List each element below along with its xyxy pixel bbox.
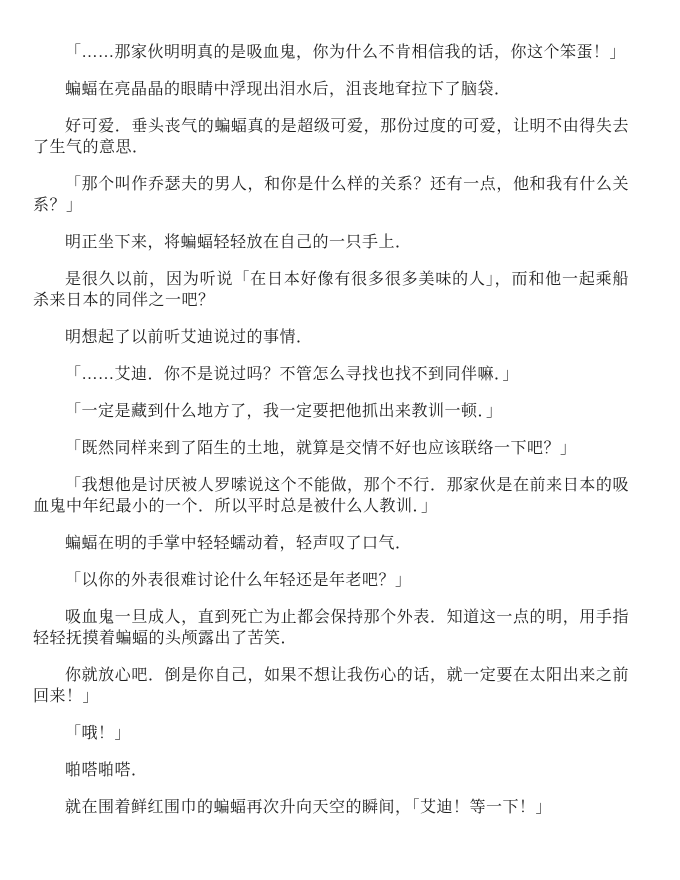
paragraph: 「……艾迪．你不是说过吗？不管怎么寻找也找不到同伴嘛．」 [33, 364, 629, 385]
paragraph: 蝙蝠在亮晶晶的眼睛中浮现出泪水后，沮丧地耷拉下了脑袋． [33, 79, 629, 100]
paragraph: 你就放心吧．倒是你自己，如果不想让我伤心的话，就一定要在太阳出来之前回来！」 [33, 665, 629, 707]
novel-text-page: 「……那家伙明明真的是吸血鬼，你为什么不肯相信我的话，你这个笨蛋！」 蝙蝠在亮晶… [0, 0, 680, 880]
paragraph: 「那个叫作乔瑟夫的男人，和你是什么样的关系？还有一点，他和我有什么关系？」 [33, 174, 629, 216]
paragraph: 「……那家伙明明真的是吸血鬼，你为什么不肯相信我的话，你这个笨蛋！」 [33, 42, 629, 63]
paragraph: 「哦！」 [33, 723, 629, 744]
paragraph: 明想起了以前听艾迪说过的事情． [33, 327, 629, 348]
paragraph: 是很久以前，因为听说「在日本好像有很多很多美味的人」，而和他一起乘船杀来日本的同… [33, 269, 629, 311]
paragraph: 明正坐下来，将蝙蝠轻轻放在自己的一只手上． [33, 232, 629, 253]
paragraph: 蝙蝠在明的手掌中轻轻蠕动着，轻声叹了口气． [33, 533, 629, 554]
paragraph: 就在围着鲜红围巾的蝙蝠再次升向天空的瞬间，「艾迪！等一下！」 [33, 797, 629, 818]
paragraph: 好可爱．垂头丧气的蝙蝠真的是超级可爱，那份过度的可爱，让明不由得失去了生气的意思… [33, 116, 629, 158]
paragraph: 啪嗒啪嗒． [33, 760, 629, 781]
paragraph: 「一定是藏到什么地方了，我一定要把他抓出来教训一顿．」 [33, 401, 629, 422]
paragraph: 「以你的外表很难讨论什么年轻还是年老吧？」 [33, 570, 629, 591]
paragraph: 「既然同样来到了陌生的土地，就算是交情不好也应该联络一下吧？」 [33, 438, 629, 459]
paragraph: 吸血鬼一旦成人，直到死亡为止都会保持那个外表．知道这一点的明，用手指轻轻抚摸着蝙… [33, 607, 629, 649]
paragraph: 「我想他是讨厌被人罗嗦说这个不能做，那个不行．那家伙是在前来日本的吸血鬼中年纪最… [33, 475, 629, 517]
